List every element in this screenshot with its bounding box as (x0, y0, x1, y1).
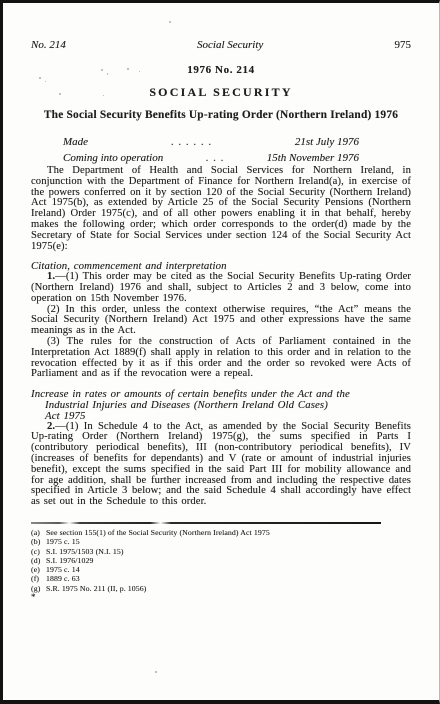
article-1-number: 1. (47, 271, 55, 282)
article-2-text: —(1) In Schedule 4 to the Act, as amende… (31, 421, 411, 508)
footnote-b-text: 1975 c. 15 (46, 537, 411, 546)
operation-label: Coming into operation (63, 150, 163, 166)
made-date: 21st July 1976 (295, 134, 359, 150)
footnote-e-marker: (e) (31, 565, 46, 574)
instrument-number: 1976 No. 214 (31, 64, 411, 76)
footnote-a: (a) See section 155(1) of the Social Sec… (31, 528, 411, 537)
operation-dot-leaders: . . . (163, 150, 267, 166)
made-dot-leaders: . . . . . . (88, 134, 295, 150)
article-1-paragraph-1: 1.—(1) This order may be cited as the So… (31, 272, 411, 304)
footnote-f-marker: (f) (31, 574, 46, 583)
dates-block: Made . . . . . . 21st July 1976 Coming i… (63, 134, 359, 166)
footnote-c-text: S.I. 1975/1503 (N.I. 15) (46, 547, 411, 556)
instrument-category: SOCIAL SECURITY (31, 85, 411, 100)
made-label: Made (63, 134, 88, 150)
footnote-g-text: S.R. 1975 No. 211 (II, p. 1056) (46, 584, 411, 593)
header-document-number: No. 214 (31, 39, 66, 51)
footnote-a-marker: (a) (31, 528, 46, 537)
footnote-f: (f) 1889 c. 63 (31, 574, 411, 583)
article-1-paragraph-2: (2) In this order, unless the context ot… (31, 305, 411, 337)
article-1-text: —(1) This order may be cited as the Soci… (31, 271, 411, 304)
footnote-c: (c) S.I. 1975/1503 (N.I. 15) (31, 547, 411, 556)
operation-date-row: Coming into operation . . . 15th Novembe… (63, 150, 359, 166)
running-header: No. 214 Social Security 975 (31, 39, 411, 51)
document-body: The Department of Health and Social Serv… (31, 166, 411, 508)
footnote-a-text: See section 155(1) of the Social Securit… (46, 528, 411, 537)
footnote-e-text: 1975 c. 14 (46, 565, 411, 574)
scan-artifact (155, 671, 157, 673)
footnote-f-text: 1889 c. 63 (46, 574, 411, 583)
section-heading-increase: Increase in rates or amounts of certain … (31, 389, 411, 421)
scan-artifact (169, 21, 171, 23)
article-1-paragraph-3: (3) The rules for the construction of Ac… (31, 337, 411, 380)
footnote-asterisk: * (31, 593, 411, 601)
footnote-c-marker: (c) (31, 547, 46, 556)
footnote-e: (e) 1975 c. 14 (31, 565, 411, 574)
section-heading-increase-line2: Industrial Injuries and Diseases (Northe… (31, 400, 411, 411)
footnotes-block: (a) See section 155(1) of the Social Sec… (31, 528, 411, 601)
page-title: The Social Security Benefits Up-rating O… (31, 109, 411, 121)
footnote-b: (b) 1975 c. 15 (31, 537, 411, 546)
footnote-divider-rule (31, 522, 381, 524)
footnote-d-marker: (d) (31, 556, 46, 565)
footnote-b-marker: (b) (31, 537, 46, 546)
footnote-d: (d) S.I. 1976/1029 (31, 556, 411, 565)
footnote-d-text: S.I. 1976/1029 (46, 556, 411, 565)
preamble-paragraph: The Department of Health and Social Serv… (31, 166, 411, 252)
header-subject: Social Security (197, 39, 263, 51)
article-2-paragraph-1: 2.—(1) In Schedule 4 to the Act, as amen… (31, 422, 411, 508)
scanned-document-page: No. 214 Social Security 975 1976 No. 214… (0, 0, 440, 704)
operation-date: 15th November 1976 (267, 150, 359, 166)
footnote-g: (g) S.R. 1975 No. 211 (II, p. 1056) (31, 584, 411, 593)
article-2-number: 2. (47, 421, 55, 432)
made-date-row: Made . . . . . . 21st July 1976 (63, 134, 359, 150)
header-page-number: 975 (394, 39, 411, 51)
page-content: No. 214 Social Security 975 1976 No. 214… (31, 39, 411, 601)
